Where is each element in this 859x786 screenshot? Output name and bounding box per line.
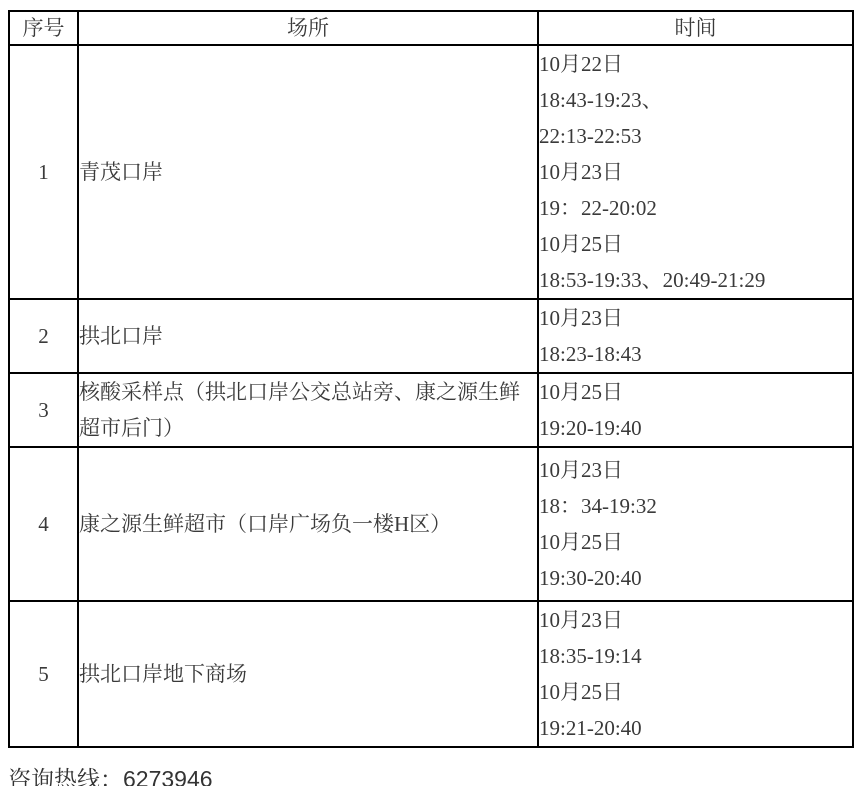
row-number: 5: [9, 601, 78, 747]
table-row: 4 康之源生鲜超市（口岸广场负一楼H区） 10月23日 18：34-19:32 …: [9, 447, 853, 601]
place-cell: 康之源生鲜超市（口岸广场负一楼H区）: [78, 447, 538, 601]
table-row: 3 核酸采样点（拱北口岸公交总站旁、康之源生鲜超市后门） 10月25日 19:2…: [9, 373, 853, 447]
time-line: 10月23日: [539, 452, 852, 488]
time-line: 10月25日: [539, 226, 852, 262]
table-header-row: 序号 场所 时间: [9, 11, 853, 45]
document-page: 序号 场所 时间 1 青茂口岸 10月22日 18:43-19:23、 22:1…: [0, 0, 859, 786]
row-number: 2: [9, 299, 78, 373]
time-line: 10月23日: [539, 300, 852, 336]
place-cell: 拱北口岸: [78, 299, 538, 373]
time-line: 10月23日: [539, 154, 852, 190]
row-number: 4: [9, 447, 78, 601]
place-cell: 拱北口岸地下商场: [78, 601, 538, 747]
table-row: 1 青茂口岸 10月22日 18:43-19:23、 22:13-22:53 1…: [9, 45, 853, 299]
table-row: 2 拱北口岸 10月23日 18:23-18:43: [9, 299, 853, 373]
time-line: 18:35-19:14: [539, 638, 852, 674]
time-line: 10月22日: [539, 46, 852, 82]
time-line: 18:23-18:43: [539, 336, 852, 372]
row-number: 1: [9, 45, 78, 299]
time-line: 18:43-19:23、: [539, 82, 852, 118]
time-line: 10月25日: [539, 374, 852, 410]
place-cell: 核酸采样点（拱北口岸公交总站旁、康之源生鲜超市后门）: [78, 373, 538, 447]
column-header-place: 场所: [78, 11, 538, 45]
table-row: 5 拱北口岸地下商场 10月23日 18:35-19:14 10月25日 19:…: [9, 601, 853, 747]
time-line: 10月25日: [539, 524, 852, 560]
time-cell: 10月23日 18：34-19:32 10月25日 19:30-20:40: [538, 447, 853, 601]
time-cell: 10月23日 18:23-18:43: [538, 299, 853, 373]
time-line: 18:53-19:33、20:49-21:29: [539, 262, 852, 298]
column-header-time: 时间: [538, 11, 853, 45]
time-line: 19:30-20:40: [539, 560, 852, 596]
time-line: 19:21-20:40: [539, 710, 852, 746]
time-line: 10月25日: [539, 674, 852, 710]
row-number: 3: [9, 373, 78, 447]
place-cell: 青茂口岸: [78, 45, 538, 299]
time-line: 19:20-19:40: [539, 410, 852, 446]
time-line: 19：22-20:02: [539, 190, 852, 226]
column-header-no: 序号: [9, 11, 78, 45]
time-cell: 10月23日 18:35-19:14 10月25日 19:21-20:40: [538, 601, 853, 747]
time-line: 10月23日: [539, 602, 852, 638]
time-line: 22:13-22:53: [539, 118, 852, 154]
hotline-text: 咨询热线：6273946: [8, 761, 859, 786]
time-line: 18：34-19:32: [539, 488, 852, 524]
exposure-locations-table: 序号 场所 时间 1 青茂口岸 10月22日 18:43-19:23、 22:1…: [8, 10, 854, 748]
time-cell: 10月25日 19:20-19:40: [538, 373, 853, 447]
time-cell: 10月22日 18:43-19:23、 22:13-22:53 10月23日 1…: [538, 45, 853, 299]
